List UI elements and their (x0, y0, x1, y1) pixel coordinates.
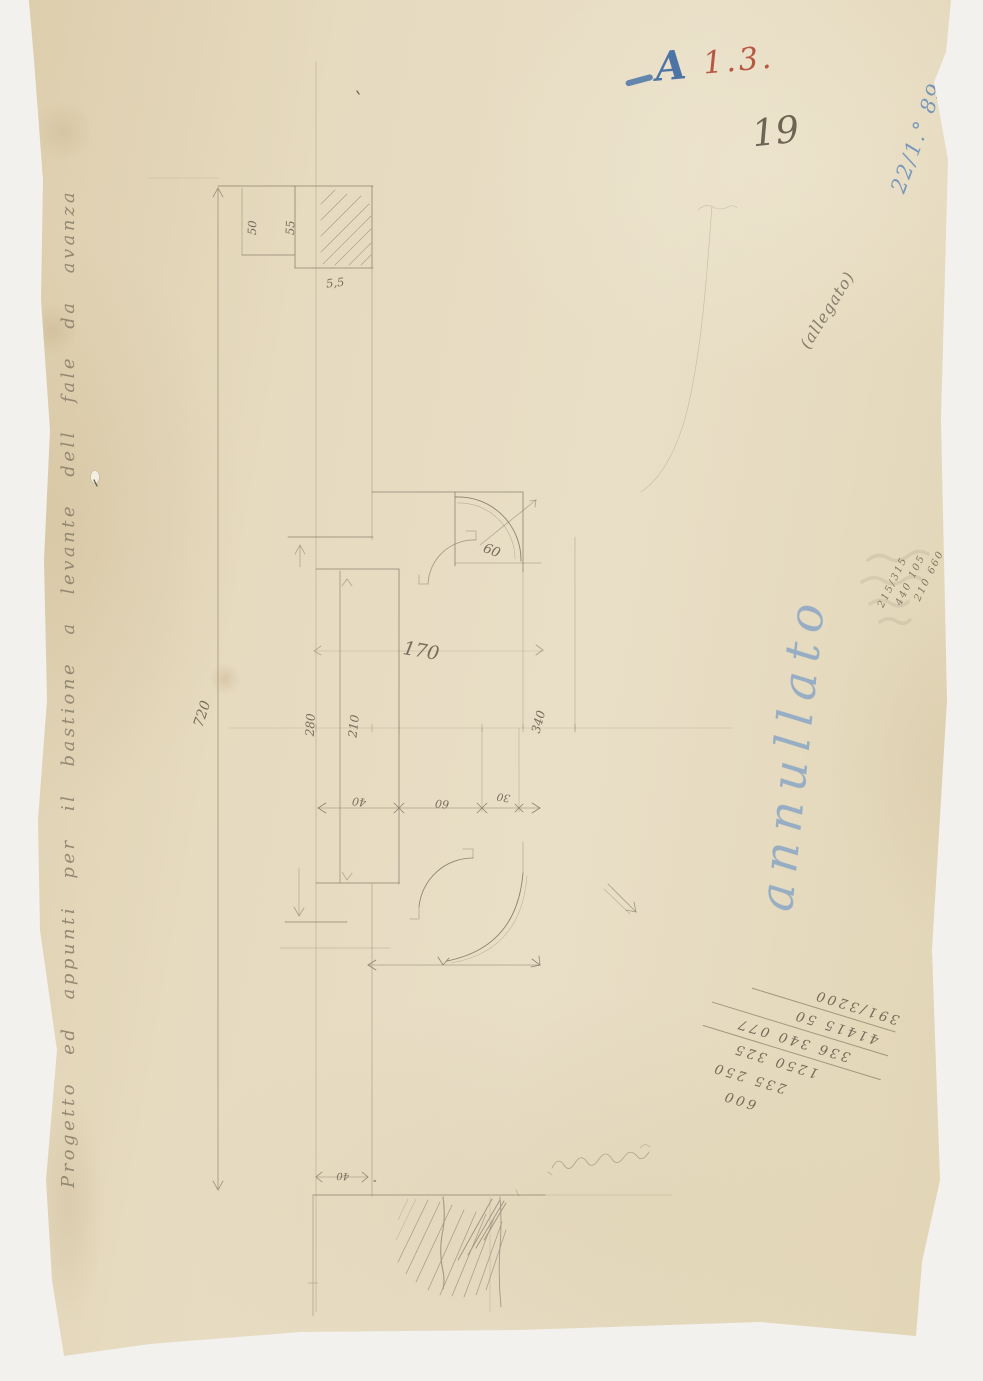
margin-title: Progetto ed appunti per il bastione a le… (58, 88, 79, 1188)
left-dimension-line (213, 188, 223, 1190)
scanned-drawing-page: 720 50 55 5,5 60 170 280 210 340 40 60 3… (0, 0, 983, 1381)
stray-arrow (604, 884, 636, 914)
bottom-wall-hatching (396, 1197, 506, 1312)
construction-lines (148, 178, 737, 492)
dim-right-width: 340 (529, 709, 549, 735)
dim-detail-width: 50 (245, 220, 260, 235)
bottom-scribble (548, 1145, 650, 1175)
dim-detail-height: 55 (283, 220, 298, 235)
dim-hatch-square: 5,5 (325, 275, 345, 291)
pen-dash (625, 73, 654, 86)
paper-sheet: 720 50 55 5,5 60 170 280 210 340 40 60 3… (0, 0, 983, 1381)
sheet-number: 19 (750, 108, 801, 156)
dim-bay-width: 170 (401, 637, 441, 665)
dim-mid-width: 210 (345, 714, 362, 740)
dim-total-height: 720 (191, 699, 215, 729)
construction-spine (316, 62, 372, 1312)
dim-corner-radius: 60 (481, 540, 503, 561)
dimension-labels: 720 50 55 5,5 60 170 280 210 340 40 60 3… (191, 220, 549, 1181)
paper-chip (91, 91, 360, 486)
dim-left-width: 280 (303, 713, 318, 738)
plan-drawing-svg: 720 50 55 5,5 60 170 280 210 340 40 60 3… (0, 0, 983, 1381)
archive-code-number: 1.3. (701, 39, 775, 81)
dimension-lines (230, 645, 732, 1316)
dim-segment-a: 40 (351, 794, 367, 809)
dim-segment-b: 60 (434, 797, 449, 811)
dim-segment-c: 30 (496, 790, 512, 804)
archive-code-letter: A (653, 41, 689, 91)
dim-bottom-segment: 40 (335, 1170, 350, 1182)
hatched-square (321, 190, 371, 265)
